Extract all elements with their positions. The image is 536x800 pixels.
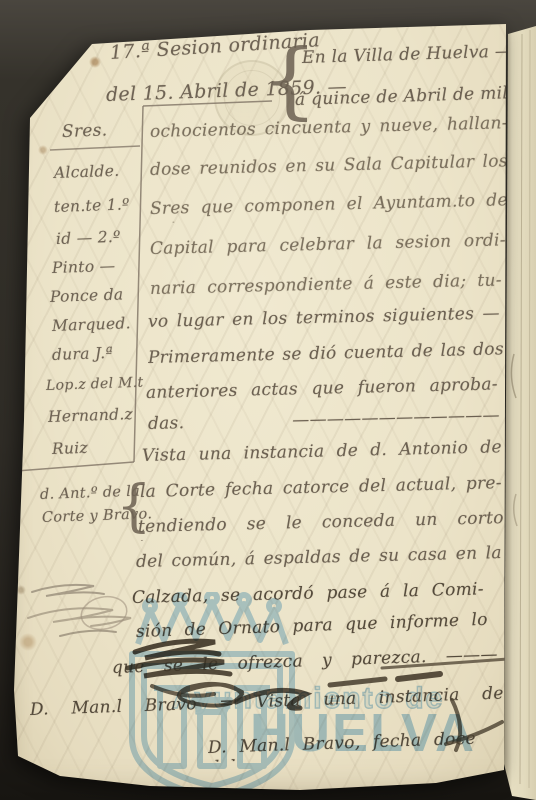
header-brace: { [262, 31, 318, 129]
attendee-line: Alcalde. [54, 162, 120, 182]
body-line: das. ———————————— [148, 405, 500, 438]
body-line: tendiendo se le conceda un corto terreno [138, 508, 504, 541]
body-line: Capital para celebrar la sesion ordi- [150, 230, 506, 263]
manuscript-page: 17.ª Sesion ordinaria del 15. Abril de 1… [0, 0, 536, 800]
attendee-line: Hernand.z [48, 405, 134, 426]
body-line: Calzada, se acordó pase á la Comi- [132, 579, 484, 612]
body-line: anteriores actas que fueron aproba- [146, 374, 498, 407]
body-line: naria correspondiente á este dia; tu- [150, 270, 502, 303]
body-line: En la Villa de Huelva — [302, 42, 508, 68]
body-line: vo lugar en los terminos siguientes — [148, 303, 500, 336]
attendee-line: Ponce da [50, 285, 124, 306]
attendee-line: Lop.z del M.t [46, 375, 144, 394]
body-line: sión de Ornato para que informe lo [136, 610, 489, 646]
body-line: Vista una instancia de d. Antonio de [142, 437, 502, 470]
body-line: del común, á espaldas de su casa en la [136, 543, 502, 576]
attendee-line: ten.te 1.º [54, 195, 130, 216]
attendee-line: Pinto — [52, 257, 116, 277]
body-line: dose reunidos en su Sala Capitular los [150, 151, 508, 184]
attendee-line: dura J.ª [52, 344, 114, 364]
body-line: D. Man.l Bravo, fecha doce del — [208, 729, 477, 762]
body-line: ochocientos cincuenta y nueve, hallan- [150, 113, 508, 146]
body-line: D. Man.l Bravo = Vista una instancia de [30, 683, 505, 724]
photo-backdrop: 17.ª Sesion ordinaria del 15. Abril de 1… [0, 0, 536, 800]
margin-heading: Sres. [62, 120, 108, 142]
body-line: Primeramente se dió cuenta de las dos [148, 339, 504, 372]
attendee-line: Marqued. [52, 314, 131, 335]
body-line: Sres que componen el Ayuntam.to de esta [150, 190, 508, 223]
attendee-line: Ruiz [52, 439, 89, 458]
body-line: que se le ofrezca y parezca. ——— [112, 645, 499, 682]
body-line: la Corte fecha catorce del actual, pre- [140, 473, 502, 506]
attendee-line: id — 2.º [56, 228, 121, 248]
paper-shadow: 17.ª Sesion ordinaria del 15. Abril de 1… [0, 0, 536, 800]
